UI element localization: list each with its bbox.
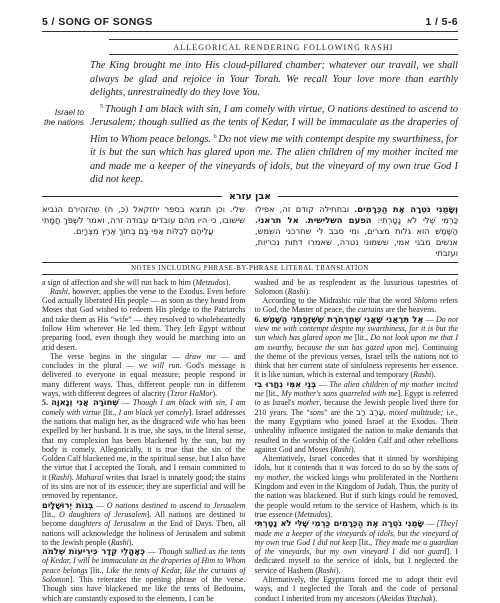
text-segment: ). [351,445,356,454]
text-segment: mixed multitude; [389,408,443,417]
text-segment: ). [431,370,436,379]
text-segment: ” are the [324,408,356,417]
commentary-right-column: washed and be as resplendent as the luxu… [255,278,459,603]
text-segment: Rashi [333,445,351,454]
text-segment: ). [433,594,438,603]
text-segment: Rashi [50,287,68,296]
text-segment: [lit., [264,389,282,398]
text-segment: Rashi [288,287,306,296]
text-segment: ). [69,473,76,482]
text-segment: Akeidas Yitzchak [379,594,432,603]
text-segment: [lit., [357,538,375,547]
text-segment: daughters of Jerusalem [70,519,146,528]
ibn-ezra-columns: וְשָׂמֻנִי נֹטֵרָה אֶת הַכְּרָמִים. ובתח… [42,204,458,259]
text-segment: we will run [139,361,180,370]
text-segment: Maharal [76,473,104,482]
text-segment: בְּנוֹת יְרוּשָׁלָיִם [42,500,93,510]
ibn-ezra-title: אבן עזרא [229,191,271,202]
ibn-ezra-left-column: שלי. וכן תמצא בספר יחזקאל (כ, ח) שהזהירם… [42,204,245,259]
text-segment: sons [310,408,324,417]
text-segment: Alternatively, Israel concedes that it s… [255,454,459,472]
text-segment: Tzror HaMor [170,389,212,398]
text-segment: — [424,519,437,528]
text-segment: O daughters of Jerusalem [59,510,147,519]
text-segment: 5. [42,398,51,407]
text-segment: [lit., [42,510,59,519]
text-segment: — [93,501,107,510]
text-segment: The verse begins in the singular — [50,352,185,361]
commentary-columns: a sign of affection and she will run bac… [42,278,458,603]
ibn-ezra-right-column: וְשָׂמֻנִי נֹטֵרָה אֶת הַכְּרָמִים. ובתח… [255,204,458,259]
text-segment: ). [306,287,311,296]
text-segment: [lit., [353,333,371,342]
text-segment: Rashi [413,370,431,379]
text-segment: וְשָׂמֻנִי נֹטֵרָה אֶת הַכְּרָמִים. [354,204,458,214]
text-segment: According to the Midrashic rule that the… [263,296,414,305]
page-header-right: 1 / 5-6 [425,16,458,28]
text-segment: O nations destined to ascend to Jerusale… [107,501,246,510]
text-segment: 6. [255,315,263,324]
text-segment: אַל תִּרְאֻנִי שֶׁאֲנִי שְׁחַרְחֹרֶת שֶׁ… [263,314,424,324]
page-header-left: 5 / SONG OF SONGS [42,16,153,28]
text-segment: — [316,380,329,389]
text-segment: ). [336,566,341,575]
text-segment: הַשֶּׁמֶשׁ הוא גלות מצרים, ומי סבב לי שח… [255,226,458,258]
text-segment: Rashi [51,473,69,482]
text-segment: mother [297,398,319,407]
allegorical-text: The King brought me into His cloud-pilla… [90,59,458,187]
text-segment: ]. Israel addresses the nations that mal… [42,408,246,482]
text-segment: — [119,398,133,407]
page-header: 5 / SONG OF SONGS 1 / 5-6 [42,16,458,32]
text-segment: [lit., [101,408,119,417]
text-segment: שְׁחוֹרָה אֲנִי וְנָאוָה [51,397,119,407]
text-segment: Metzudos [195,278,225,287]
text-segment: a sign of affection and she will run bac… [42,278,195,287]
text-segment: washed and be as resplendent as the luxu… [255,278,459,296]
text-segment: My mother's sons quarreled with me [281,389,397,398]
book-page: 5 / SONG OF SONGS 1 / 5-6 ALLEGORICAL RE… [0,0,500,603]
text-segment: The King brought me into His cloud-pilla… [90,60,458,98]
text-segment: Shlomo [414,296,438,305]
allegorical-title: ALLEGORICAL RENDERING FOLLOWING RASHI [173,43,393,52]
allegorical-title-box: ALLEGORICAL RENDERING FOLLOWING RASHI [109,39,458,55]
notes-divider-label: NOTES INCLUDING PHRASE-BY-PHRASE LITERAL… [131,265,369,272]
text-segment: שָׂמֻנִי נֹטֵרָה אֶת הַכְּרָמִים כַּרְמִ… [255,518,424,528]
text-segment: ). [226,278,231,287]
text-segment: ). [213,389,218,398]
ibn-ezra-header: אבן עזרא [42,191,458,202]
text-segment: Rashi [318,566,336,575]
text-segment: draw me [185,352,216,361]
commentary-left-column: a sign of affection and she will run bac… [42,278,246,603]
divider-rule [42,196,222,197]
text-segment: — [423,315,436,324]
divider-rule [278,196,458,197]
text-segment: הפעם השלישית. אל תראני. [255,215,372,225]
text-segment: עֵרֶב רַב [356,407,384,417]
text-segment: — [145,547,158,556]
margin-note: Israel to the nations [18,108,84,127]
text-segment: , however, applies the verse to the Exod… [42,287,246,352]
text-segment: ]. This reiterates the opening phrase of… [42,575,246,603]
text-segment: כְּאָהֳלֵי קֵדָר כִּירִיעוֹת שְׁלֹמֹה [42,546,145,556]
text-segment: [lit., [88,566,106,575]
text-segment: I am black yet comely [119,408,189,417]
notes-divider: NOTES INCLUDING PHRASE-BY-PHRASE LITERAL… [42,262,458,275]
text-segment: בְּנֵי אִמִּי נִחֲרוּ בִי [255,379,317,389]
